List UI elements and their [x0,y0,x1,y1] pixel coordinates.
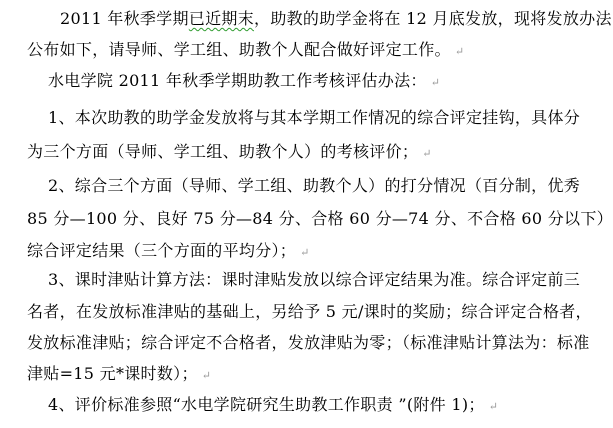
heading-line: 水电学院 2011 年秋季学期助教工作考核评估办法：↵ [48,71,440,93]
document-page: 2011 年秋季学期已近期末，助教的助学金将在 12 月底发放，现将发放办法 公… [0,0,613,428]
paragraph-mark-icon: ↵ [202,369,212,382]
intro-text-a: 2011 年秋季学期 [60,9,189,28]
paragraph-mark-icon: ↵ [455,45,465,58]
item2-text-3: 综合评定结果（三个方面的平均分）； [27,241,296,260]
paragraph-mark-icon: ↵ [489,400,499,413]
grammar-flagged-text[interactable]: 已近期末 [189,9,254,28]
intro-line-2: 公布如下，请导师、学工组、助教个人配合做好评定工作。↵ [27,40,464,62]
item3-text-3: 发放标准津贴；综合评定不合格者，发放津贴为零；（标准津贴计算法为：标准 [27,333,590,352]
item2-line-3: 综合评定结果（三个方面的平均分）；↵ [27,241,310,263]
item3-text-4: 津贴=15 元*课时数）； [27,364,198,383]
item3-text-1: 3、课时津贴计算方法：课时津贴发放以综合评定结果为准。综合评定前三 [48,270,580,289]
item1-text-2: 为三个方面（导师、学工组、助教个人）的考核评价； [27,142,418,161]
item2-line-1: 2、综合三个方面（导师、学工组、助教个人）的打分情况（百分制，优秀 [48,176,580,196]
item3-line-2: 名者，在发放标准津贴的基础上，另给予 5 元/课时的奖励；综合评定合格者， [27,302,592,322]
paragraph-mark-icon: ↵ [300,246,310,259]
item1-line-1: 1、本次助教的助学金发放将与其本学期工作情况的综合评定挂钩，具体分 [48,108,580,128]
item3-text-2: 名者，在发放标准津贴的基础上，另给予 5 元/课时的奖励；综合评定合格者， [27,302,592,321]
intro-text-2: 公布如下，请导师、学工组、助教个人配合做好评定工作。 [27,40,451,59]
section-heading: 水电学院 2011 年秋季学期助教工作考核评估办法： [48,71,427,90]
item2-text-2: 85 分—100 分、良好 75 分—84 分、合格 60 分—74 分、不合格… [27,209,613,228]
item2-line-2: 85 分—100 分、良好 75 分—84 分、合格 60 分—74 分、不合格… [27,209,613,229]
item1-line-2: 为三个方面（导师、学工组、助教个人）的考核评价；↵ [27,142,432,164]
item3-line-4: 津贴=15 元*课时数）；↵ [27,364,211,386]
intro-text-b: ，助教的助学金将在 12 月底发放，现将发放办法 [254,9,612,28]
intro-line-1: 2011 年秋季学期已近期末，助教的助学金将在 12 月底发放，现将发放办法 [60,9,612,29]
item2-text-1: 2、综合三个方面（导师、学工组、助教个人）的打分情况（百分制，优秀 [48,176,580,195]
item3-line-1: 3、课时津贴计算方法：课时津贴发放以综合评定结果为准。综合评定前三 [48,270,580,290]
item3-line-3: 发放标准津贴；综合评定不合格者，发放津贴为零；（标准津贴计算法为：标准 [27,333,590,353]
paragraph-mark-icon: ↵ [422,147,432,160]
paragraph-mark-icon: ↵ [431,76,441,89]
item1-text-1: 1、本次助教的助学金发放将与其本学期工作情况的综合评定挂钩，具体分 [48,108,580,127]
item4-line-1: 4、评价标准参照“水电学院研究生助教工作职责 ”(附件 1)；↵ [48,395,498,417]
item4-text-1: 4、评价标准参照“水电学院研究生助教工作职责 ”(附件 1)； [48,395,485,414]
